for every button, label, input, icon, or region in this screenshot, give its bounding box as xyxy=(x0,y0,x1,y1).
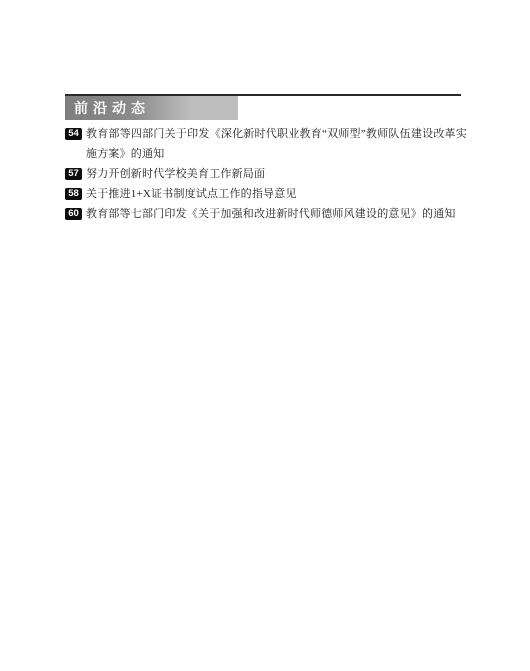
page-number-badge: 57 xyxy=(65,168,82,180)
toc-entry: 57 努力开创新时代学校美育工作新局面 xyxy=(65,164,467,184)
toc-entry: 54 教育部等四部门关于印发《深化新时代职业教育“双师型”教师队伍建设改革实施方… xyxy=(65,124,467,164)
page-number-badge: 60 xyxy=(65,208,82,220)
toc-entry-title: 关于推进1+X证书制度试点工作的指导意见 xyxy=(86,184,467,204)
toc-entry: 58 关于推进1+X证书制度试点工作的指导意见 xyxy=(65,184,467,204)
section-title: 前沿动态 xyxy=(74,101,150,115)
toc-list: 54 教育部等四部门关于印发《深化新时代职业教育“双师型”教师队伍建设改革实施方… xyxy=(65,124,467,224)
section-header-bar: 前沿动态 xyxy=(65,96,238,120)
toc-entry-title: 教育部等七部门印发《关于加强和改进新时代师德师风建设的意见》的通知 xyxy=(86,204,467,224)
toc-entry-title: 努力开创新时代学校美育工作新局面 xyxy=(86,164,467,184)
page-number-badge: 54 xyxy=(65,128,82,140)
journal-toc-page: 前沿动态 54 教育部等四部门关于印发《深化新时代职业教育“双师型”教师队伍建设… xyxy=(0,0,530,671)
page-number-badge: 58 xyxy=(65,188,82,200)
toc-entry-title: 教育部等四部门关于印发《深化新时代职业教育“双师型”教师队伍建设改革实施方案》的… xyxy=(86,124,467,164)
toc-entry: 60 教育部等七部门印发《关于加强和改进新时代师德师风建设的意见》的通知 xyxy=(65,204,467,224)
